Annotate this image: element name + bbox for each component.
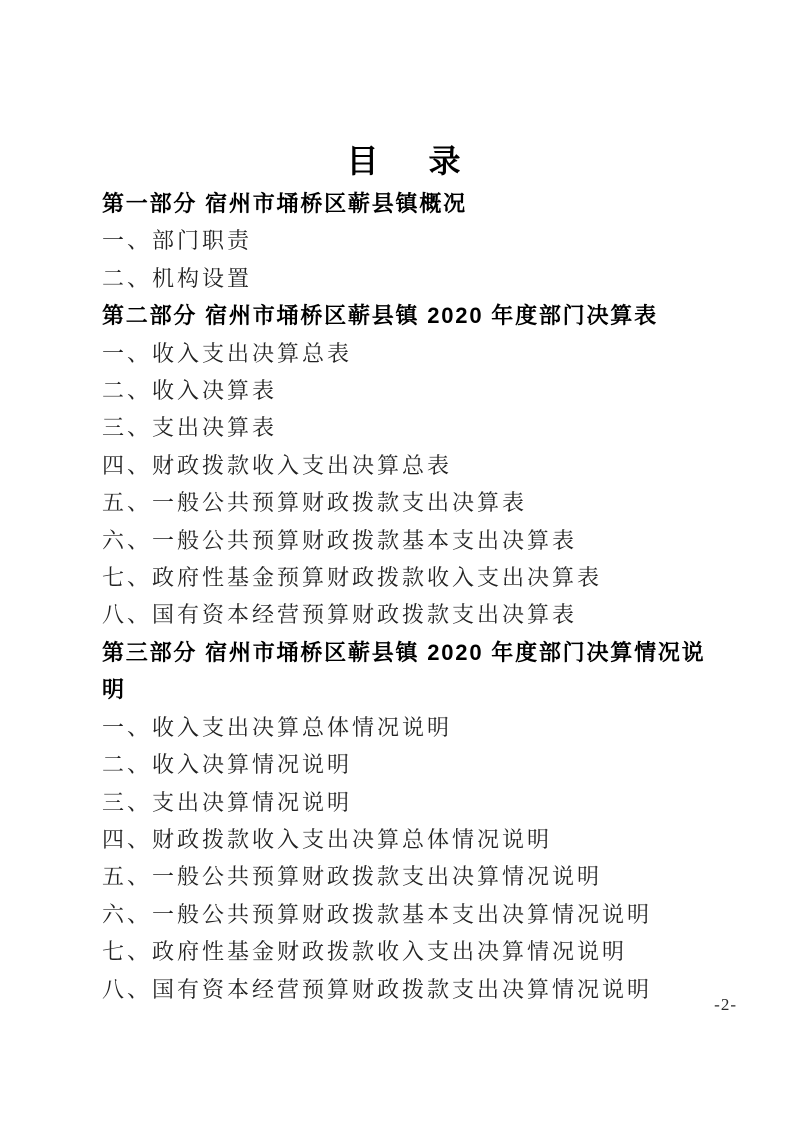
toc-item: 六、一般公共预算财政拨款基本支出决算表: [102, 522, 714, 559]
toc-item: 七、政府性基金预算财政拨款收入支出决算表: [102, 559, 714, 596]
toc-item: 八、国有资本经营预算财政拨款支出决算情况说明: [102, 971, 714, 1008]
toc-content: 目 录 第一部分 宿州市埇桥区蕲县镇概况 一、部门职责 二、机构设置 第二部分 …: [102, 138, 714, 1008]
toc-section-3-heading: 第三部分 宿州市埇桥区蕲县镇 2020 年度部门决算情况说明: [102, 634, 714, 709]
toc-item: 五、一般公共预算财政拨款支出决算情况说明: [102, 858, 714, 895]
toc-item: 四、财政拨款收入支出决算总体情况说明: [102, 821, 714, 858]
toc-item: 一、收入支出决算总体情况说明: [102, 709, 714, 746]
toc-section-2-heading: 第二部分 宿州市埇桥区蕲县镇 2020 年度部门决算表: [102, 297, 714, 334]
toc-item: 三、支出决算表: [102, 409, 714, 446]
toc-title: 目 录: [102, 138, 714, 185]
document-page: 目 录 第一部分 宿州市埇桥区蕲县镇概况 一、部门职责 二、机构设置 第二部分 …: [0, 0, 793, 1122]
toc-item: 六、一般公共预算财政拨款基本支出决算情况说明: [102, 896, 714, 933]
toc-item: 七、政府性基金财政拨款收入支出决算情况说明: [102, 933, 714, 970]
page-number: -2-: [714, 995, 737, 1015]
toc-item: 一、收入支出决算总表: [102, 335, 714, 372]
toc-item: 二、收入决算表: [102, 372, 714, 409]
toc-item: 二、收入决算情况说明: [102, 746, 714, 783]
toc-section-1-heading: 第一部分 宿州市埇桥区蕲县镇概况: [102, 185, 714, 222]
toc-item: 五、一般公共预算财政拨款支出决算表: [102, 484, 714, 521]
toc-item: 二、机构设置: [102, 260, 714, 297]
toc-item: 三、支出决算情况说明: [102, 784, 714, 821]
toc-item: 四、财政拨款收入支出决算总表: [102, 447, 714, 484]
toc-item: 八、国有资本经营预算财政拨款支出决算表: [102, 596, 714, 633]
toc-item: 一、部门职责: [102, 222, 714, 259]
